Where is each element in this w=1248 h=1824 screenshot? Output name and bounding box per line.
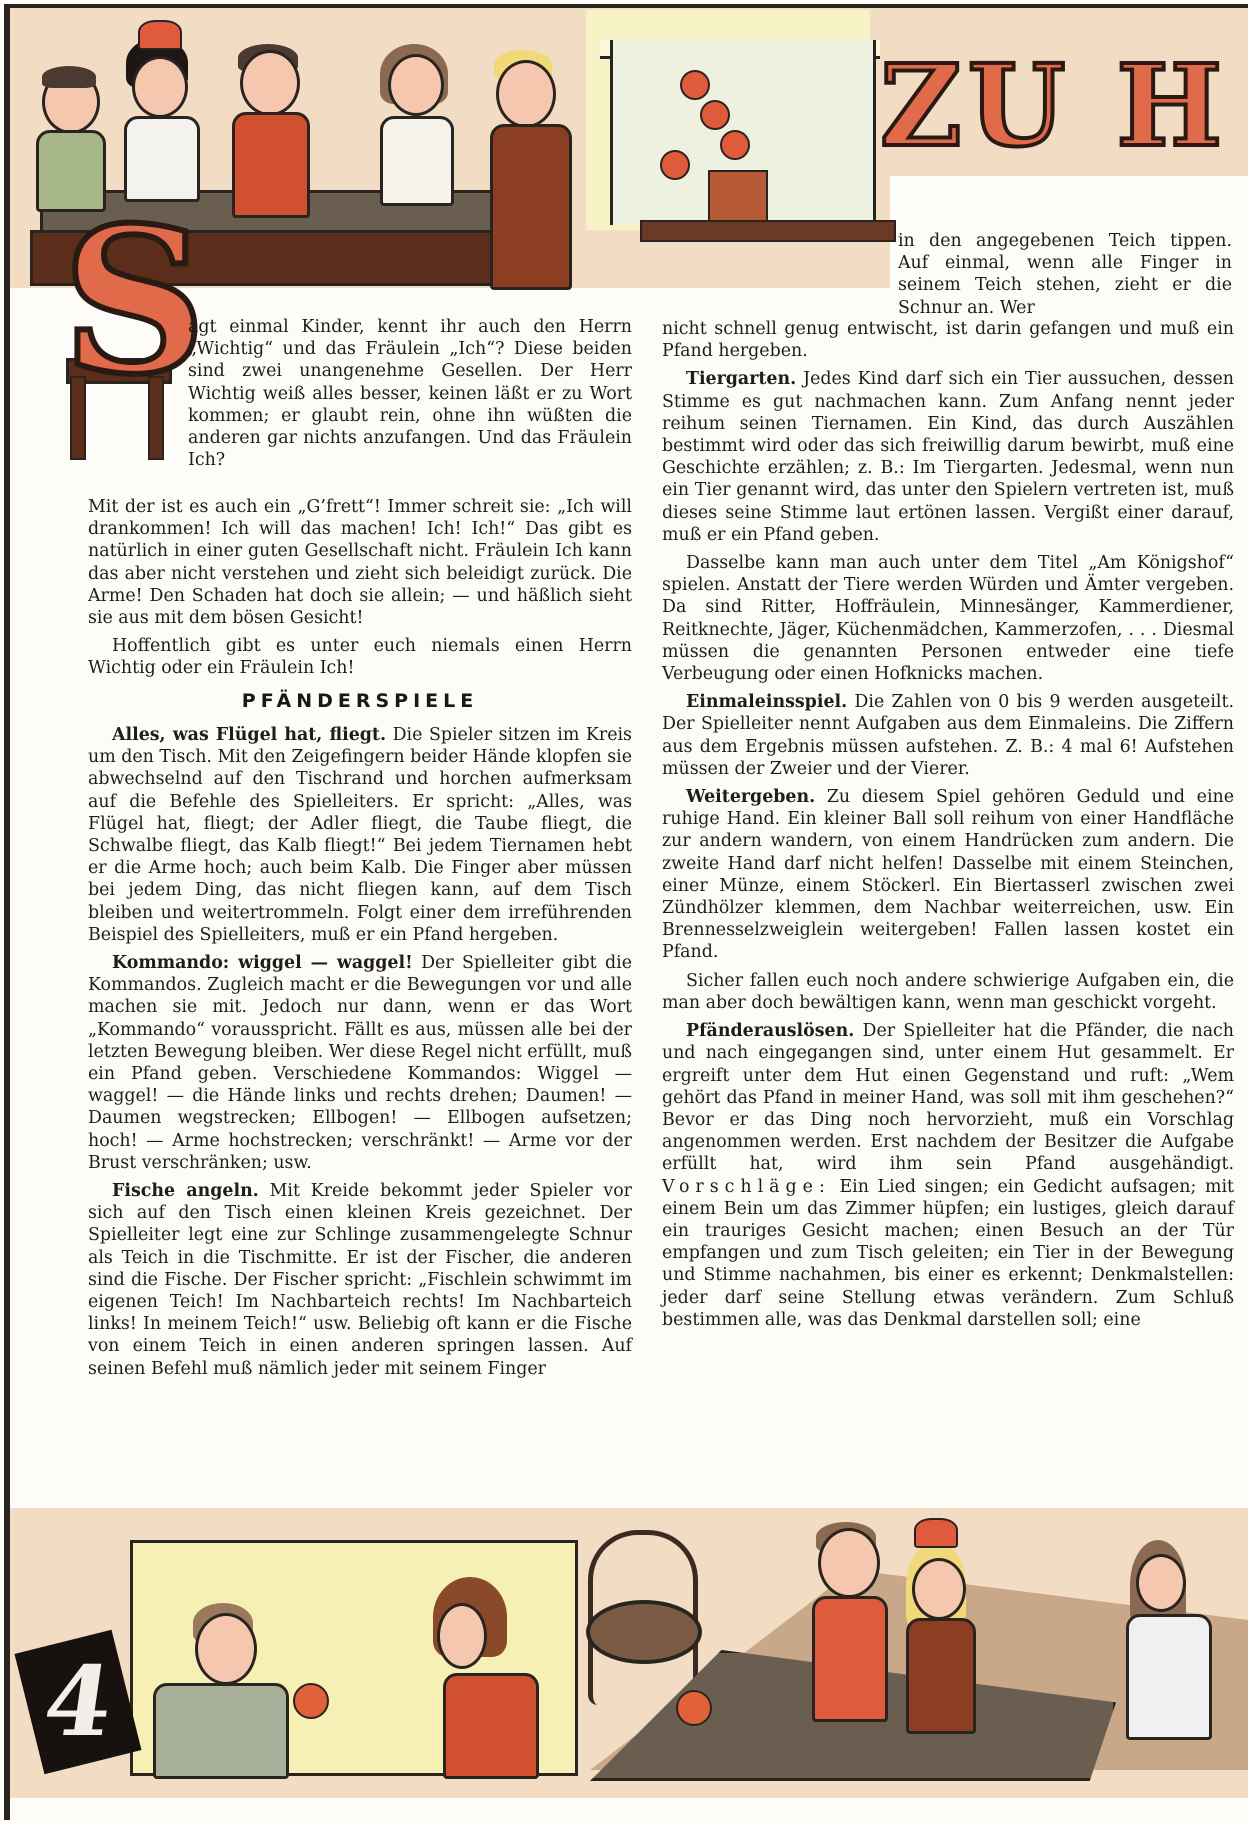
game-text-continued: nicht schnell genug entwischt, ist darin… — [662, 318, 1234, 362]
game-extra: Dasselbe kann man auch unter dem Titel „… — [662, 552, 1234, 685]
intro-closing: Hoffentlich gibt es unter euch niemals e… — [88, 635, 632, 679]
game-title: Tiergarten. — [686, 369, 796, 389]
game-title: Alles, was Flügel hat, fliegt. — [112, 725, 386, 745]
game-text: Mit Kreide bekommt jeder Spieler vor sic… — [88, 1181, 632, 1379]
game-title: Einmaleinsspiel. — [686, 692, 847, 712]
flower — [680, 70, 710, 100]
intro-continued: Mit der ist es auch ein „G’frett“! Immer… — [88, 496, 632, 686]
flower — [700, 100, 730, 130]
right-column: nicht schnell genug entwischt, ist darin… — [662, 318, 1234, 1337]
spaced-label: Vorschläge: — [662, 1177, 831, 1197]
game-extra: Sicher fallen euch noch andere schwierig… — [662, 970, 1234, 1014]
drop-cap-letter: S — [62, 202, 206, 402]
intro-first-paragraph: agt einmal Kinder, kennt ihr auch den He… — [188, 316, 632, 477]
game-paragraph: Fische angeln. Mit Kreide bekommt jeder … — [88, 1180, 632, 1380]
chair-seat — [586, 1600, 702, 1664]
game-text: Jedes Kind darf sich ein Tier aussuchen,… — [662, 369, 1234, 544]
page-title: ZU H — [880, 52, 1248, 162]
game-text-continued: in den angegebenen Teich tippen. Auf ein… — [898, 230, 1232, 319]
flower — [720, 130, 750, 160]
game-paragraph: Weitergeben. Zu diesem Spiel gehören Ged… — [662, 786, 1234, 964]
game-title: Pfänderauslösen. — [686, 1021, 854, 1041]
game-paragraph: Tiergarten. Jedes Kind darf sich ein Tie… — [662, 368, 1234, 546]
window-sill — [640, 220, 896, 242]
page-number: 4 — [38, 1654, 118, 1750]
game-text: Der Spielleiter gibt die Kommandos. Zugl… — [88, 953, 632, 1173]
game-title: Weitergeben. — [686, 787, 815, 807]
section-heading: PFÄNDERSPIELE — [88, 690, 632, 712]
game-text: Die Spieler sitzen im Kreis um den Tisch… — [88, 725, 632, 945]
apple — [676, 1690, 712, 1726]
flower — [660, 150, 690, 180]
inset-panel-illustration — [130, 1540, 578, 1776]
left-column: Alles, was Flügel hat, fliegt. Die Spiel… — [88, 724, 632, 1386]
game-paragraph: Alles, was Flügel hat, fliegt. Die Spiel… — [88, 724, 632, 946]
game-paragraph: Einmaleinsspiel. Die Zahlen von 0 bis 9 … — [662, 691, 1234, 780]
right-column-top: in den angegebenen Teich tippen. Auf ein… — [898, 230, 1232, 325]
game-text: Ein Lied singen; ein Gedicht aufsagen; m… — [662, 1177, 1234, 1330]
apple — [293, 1683, 329, 1719]
intro-text: agt einmal Kinder, kennt ihr auch den He… — [188, 316, 632, 471]
game-paragraph: Kommando: wiggel — waggel! Der Spielleit… — [88, 952, 632, 1174]
intro-text-continued: Mit der ist es auch ein „G’frett“! Immer… — [88, 496, 632, 629]
game-text: Zu diesem Spiel gehören Geduld und eine … — [662, 787, 1234, 962]
flowerpot — [708, 170, 768, 226]
game-paragraph: Pfänderauslösen. Der Spielleiter hat die… — [662, 1020, 1234, 1331]
game-title: Kommando: wiggel — waggel! — [112, 953, 413, 973]
game-text: Der Spielleiter hat die Pfänder, die nac… — [662, 1021, 1234, 1174]
drop-cap-illustration: S — [56, 208, 196, 458]
game-title: Fische angeln. — [112, 1181, 259, 1201]
